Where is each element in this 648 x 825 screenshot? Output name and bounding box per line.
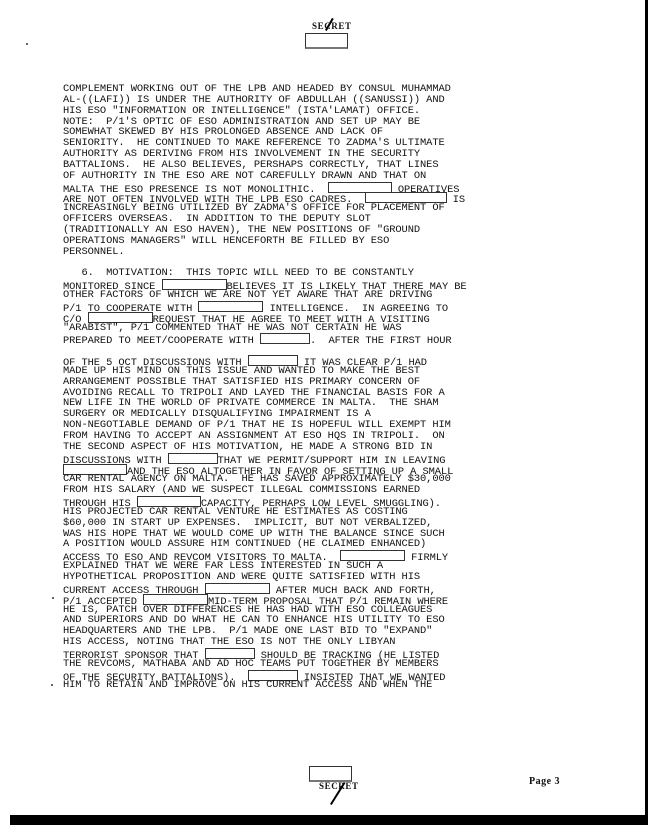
text-segment: HYPOTHETICAL PROPOSITION AND WERE QUITE … [63,571,420,583]
redaction-box [328,182,392,193]
text-line: 6. MOTIVATION: THIS TOPIC WILL NEED TO B… [63,268,473,279]
text-line: MALTA THE ESO PRESENCE IS NOT MONOLITHIC… [63,182,473,193]
redacted-footer-box [309,766,352,782]
scan-border-bottom [10,815,648,825]
text-segment: OF AUTHORITY IN THE ESO ARE NOT CAREFULL… [63,170,426,182]
text-line: THE SECOND ASPECT OF HIS MOTIVATION, HE … [63,442,473,453]
text-line: THE REVCOMS, MATHABA AND AD HOC TEAMS PU… [63,659,473,670]
text-segment: HIS ACCESS, NOTING THAT THE ESO IS NOT T… [63,636,395,648]
text-line: HYPOTHETICAL PROPOSITION AND WERE QUITE … [63,572,473,583]
classification-header: SECRET [312,21,352,31]
text-line: FROM HIS SALARY (AND WE SUSPECT ILLEGAL … [63,485,473,496]
text-line: DISCUSSIONS WITH THAT WE PERMIT/SUPPORT … [63,453,473,464]
text-segment: FIRMLY [405,552,448,564]
text-segment: 6. MOTIVATION: THIS TOPIC WILL NEED TO B… [63,267,414,279]
text-segment: . AFTER THE FIRST HOUR [310,335,452,347]
paragraph: 6. MOTIVATION: THIS TOPIC WILL NEED TO B… [63,268,473,344]
scan-speck [26,43,28,45]
text-segment: OTHER FACTORS OF WHICH WE ARE NOT YET AW… [63,289,432,301]
text-line: OF AUTHORITY IN THE ESO ARE NOT CAREFULL… [63,171,473,182]
text-line: CURRENT ACCESS THROUGH AFTER MUCH BACK A… [63,583,473,594]
text-line: PERSONNEL. [63,247,473,258]
page-number: Page 3 [529,776,560,787]
paragraph: COMPLEMENT WORKING OUT OF THE LPB AND HE… [63,84,473,258]
text-segment: HIM TO RETAIN AND IMPROVE ON HIS CURRENT… [63,679,432,691]
document-page: SECRET COMPLEMENT WORKING OUT OF THE LPB… [0,0,648,825]
text-line: OTHER FACTORS OF WHICH WE ARE NOT YET AW… [63,290,473,301]
scan-speck [51,684,53,686]
text-segment: PREPARED TO MEET/COOPERATE WITH [63,335,260,347]
text-line: PREPARED TO MEET/COOPERATE WITH . AFTER … [63,333,473,344]
text-line: HIM TO RETAIN AND IMPROVE ON HIS CURRENT… [63,680,473,691]
redaction-box [260,333,310,344]
text-line: HIS ACCESS, NOTING THAT THE ESO IS NOT T… [63,637,473,648]
redaction-box [198,301,263,312]
document-body: COMPLEMENT WORKING OUT OF THE LPB AND HE… [63,84,473,691]
text-segment: "ARABIST", P/1 COMMENTED THAT HE WAS NOT… [63,322,402,334]
redaction-box [168,453,218,464]
text-segment: THE SECOND ASPECT OF HIS MOTIVATION, HE … [63,441,432,453]
text-line: A POSITION WOULD ASSURE HIM CONTINUED (H… [63,539,473,550]
text-segment: THE REVCOMS, MATHABA AND AD HOC TEAMS PU… [63,658,438,670]
scan-speck [52,597,54,599]
redacted-header-box [305,33,348,49]
text-line: P/1 TO COOPERATE WITH INTELLIGENCE. IN A… [63,301,473,312]
text-segment: PERSONNEL. [63,246,125,258]
paragraph: OF THE 5 OCT DISCUSSIONS WITH IT WAS CLE… [63,355,473,691]
text-segment: IS [447,194,465,206]
text-segment: A POSITION WOULD ASSURE HIM CONTINUED (H… [63,538,426,550]
text-segment: FROM HIS SALARY (AND WE SUSPECT ILLEGAL … [63,484,420,496]
redaction-box [205,583,270,594]
